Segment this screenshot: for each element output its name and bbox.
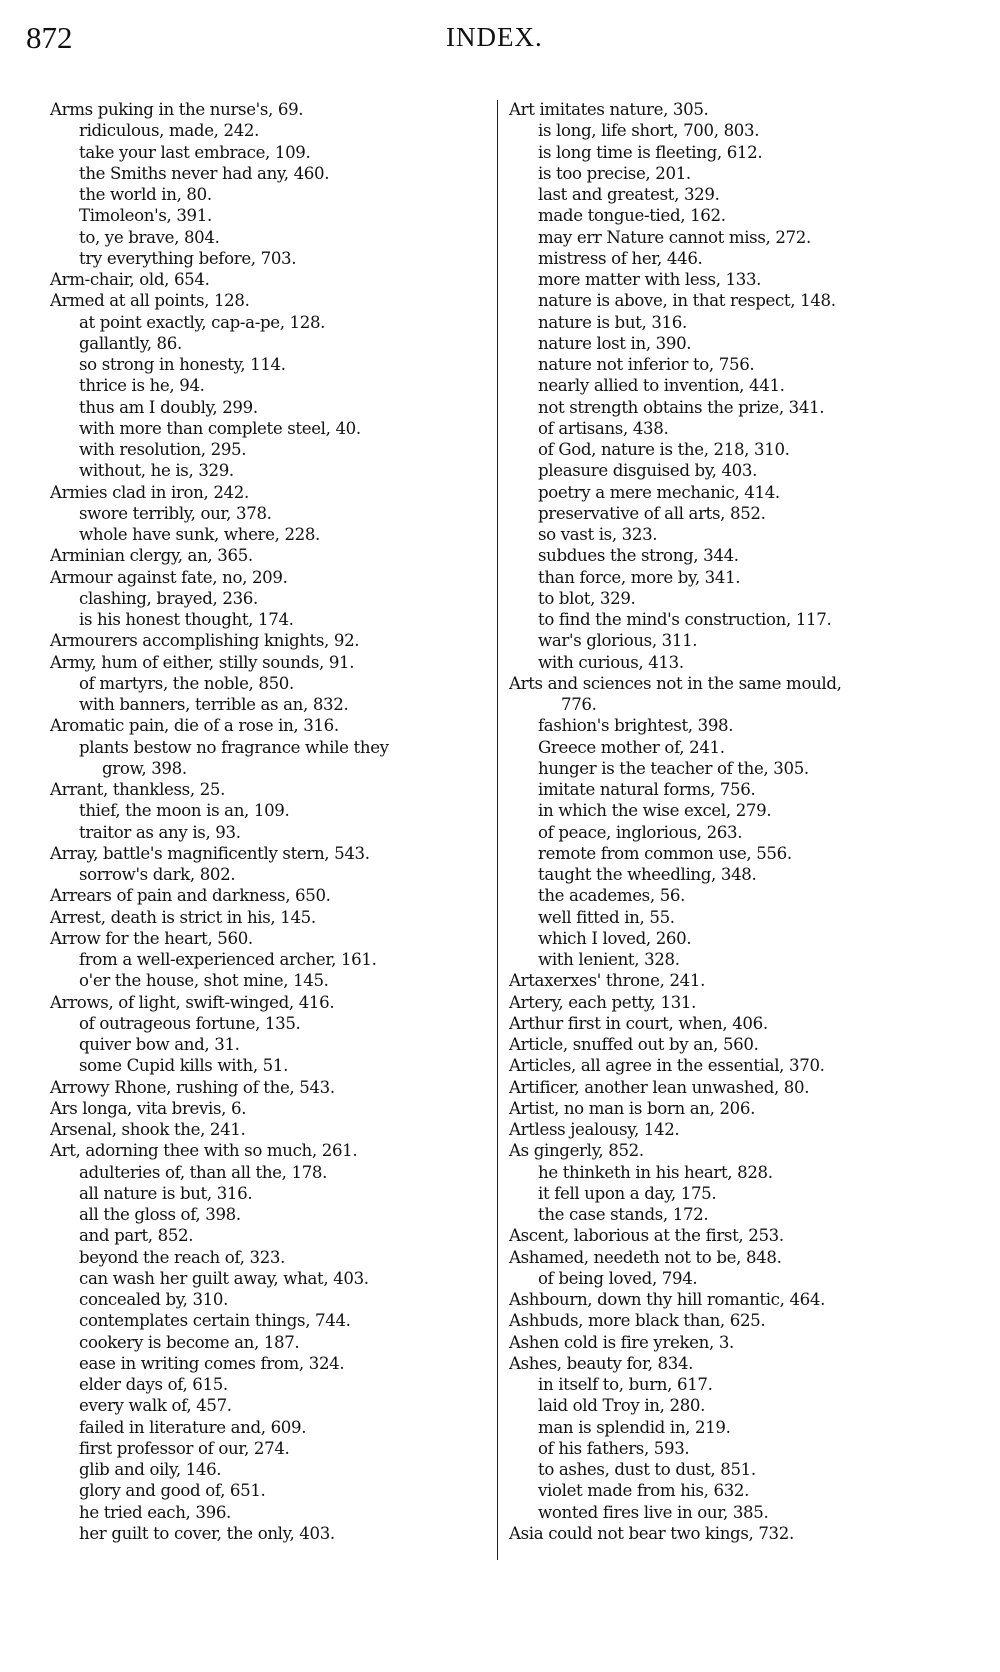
index-subentry: is long, life short, 700, 803. xyxy=(509,120,959,141)
index-entry: Ascent, laborious at the first, 253. xyxy=(509,1225,959,1246)
index-entry: Art imitates nature, 305. xyxy=(509,99,959,120)
index-subentry: mistress of her, 446. xyxy=(509,248,959,269)
index-subentry: to blot, 329. xyxy=(509,588,959,609)
index-entry: Arminian clergy, an, 365. xyxy=(50,545,490,566)
index-entry: Armed at all points, 128. xyxy=(50,290,490,311)
index-subentry: glory and good of, 651. xyxy=(50,1480,490,1501)
index-subentry: laid old Troy in, 280. xyxy=(509,1395,959,1416)
index-entry: Arrowy Rhone, rushing of the, 543. xyxy=(50,1077,490,1098)
index-entry: Ashen cold is fire yreken, 3. xyxy=(509,1332,959,1353)
index-entry: Ars longa, vita brevis, 6. xyxy=(50,1098,490,1119)
index-subentry: is too precise, 201. xyxy=(509,163,959,184)
index-subentry: thus am I doubly, 299. xyxy=(50,397,490,418)
index-subentry: with banners, terrible as an, 832. xyxy=(50,694,490,715)
index-subentry: can wash her guilt away, what, 403. xyxy=(50,1268,490,1289)
index-subentry: ease in writing comes from, 324. xyxy=(50,1353,490,1374)
index-subentry: with resolution, 295. xyxy=(50,439,490,460)
index-subentry: pleasure disguised by, 403. xyxy=(509,460,959,481)
index-subentry: last and greatest, 329. xyxy=(509,184,959,205)
index-subentry: from a well-experienced archer, 161. xyxy=(50,949,490,970)
index-entry: Arm-chair, old, 654. xyxy=(50,269,490,290)
index-subentry: nature is above, in that respect, 148. xyxy=(509,290,959,311)
index-subentry: ridiculous, made, 242. xyxy=(50,120,490,141)
index-entry: Ashes, beauty for, 834. xyxy=(509,1353,959,1374)
index-subentry: grow, 398. xyxy=(50,758,490,779)
index-subentry: whole have sunk, where, 228. xyxy=(50,524,490,545)
index-subentry: so vast is, 323. xyxy=(509,524,959,545)
index-subentry: of God, nature is the, 218, 310. xyxy=(509,439,959,460)
index-subentry: sorrow's dark, 802. xyxy=(50,864,490,885)
index-entry: Armour against fate, no, 209. xyxy=(50,567,490,588)
index-entry: Ashamed, needeth not to be, 848. xyxy=(509,1247,959,1268)
index-entry: Arsenal, shook the, 241. xyxy=(50,1119,490,1140)
index-entry: Ashbuds, more black than, 625. xyxy=(509,1310,959,1331)
index-subentry: wonted fires live in our, 385. xyxy=(509,1502,959,1523)
index-entry: Arrant, thankless, 25. xyxy=(50,779,490,800)
index-entry: Articles, all agree in the essential, 37… xyxy=(509,1055,959,1076)
index-subentry: of artisans, 438. xyxy=(509,418,959,439)
index-subentry: her guilt to cover, the only, 403. xyxy=(50,1523,490,1544)
index-subentry: fashion's brightest, 398. xyxy=(509,715,959,736)
index-subentry: all the gloss of, 398. xyxy=(50,1204,490,1225)
index-subentry: which I loved, 260. xyxy=(509,928,959,949)
index-subentry: every walk of, 457. xyxy=(50,1395,490,1416)
index-subentry: the world in, 80. xyxy=(50,184,490,205)
index-subentry: of peace, inglorious, 263. xyxy=(509,822,959,843)
index-subentry: 776. xyxy=(509,694,959,715)
index-subentry: in which the wise excel, 279. xyxy=(509,800,959,821)
index-subentry: plants bestow no fragrance while they xyxy=(50,737,490,758)
index-subentry: war's glorious, 311. xyxy=(509,630,959,651)
index-subentry: so strong in honesty, 114. xyxy=(50,354,490,375)
index-subentry: to, ye brave, 804. xyxy=(50,227,490,248)
index-entry: Artist, no man is born an, 206. xyxy=(509,1098,959,1119)
index-subentry: at point exactly, cap-a-pe, 128. xyxy=(50,312,490,333)
index-subentry: gallantly, 86. xyxy=(50,333,490,354)
index-entry: Art, adorning thee with so much, 261. xyxy=(50,1140,490,1161)
index-column-left: Arms puking in the nurse's, 69.ridiculou… xyxy=(50,99,490,1544)
index-subentry: nature is but, 316. xyxy=(509,312,959,333)
index-subentry: with curious, 413. xyxy=(509,652,959,673)
page-number: 872 xyxy=(26,20,73,56)
index-subentry: not strength obtains the prize, 341. xyxy=(509,397,959,418)
index-subentry: cookery is become an, 187. xyxy=(50,1332,490,1353)
index-subentry: without, he is, 329. xyxy=(50,460,490,481)
index-subentry: first professor of our, 274. xyxy=(50,1438,490,1459)
index-subentry: of his fathers, 593. xyxy=(509,1438,959,1459)
index-subentry: elder days of, 615. xyxy=(50,1374,490,1395)
index-subentry: in itself to, burn, 617. xyxy=(509,1374,959,1395)
index-entry: Artificer, another lean unwashed, 80. xyxy=(509,1077,959,1098)
index-entry: Arrows, of light, swift-winged, 416. xyxy=(50,992,490,1013)
index-entry: Arrest, death is strict in his, 145. xyxy=(50,907,490,928)
index-entry: Arms puking in the nurse's, 69. xyxy=(50,99,490,120)
index-subentry: thrice is he, 94. xyxy=(50,375,490,396)
index-subentry: nature not inferior to, 756. xyxy=(509,354,959,375)
index-subentry: Timoleon's, 391. xyxy=(50,205,490,226)
index-subentry: of martyrs, the noble, 850. xyxy=(50,673,490,694)
index-entry: Ashbourn, down thy hill romantic, 464. xyxy=(509,1289,959,1310)
index-subentry: it fell upon a day, 175. xyxy=(509,1183,959,1204)
index-subentry: he thinketh in his heart, 828. xyxy=(509,1162,959,1183)
index-entry: As gingerly, 852. xyxy=(509,1140,959,1161)
index-subentry: the academes, 56. xyxy=(509,885,959,906)
index-subentry: poetry a mere mechanic, 414. xyxy=(509,482,959,503)
index-entry: Armies clad in iron, 242. xyxy=(50,482,490,503)
index-subentry: preservative of all arts, 852. xyxy=(509,503,959,524)
index-subentry: is long time is fleeting, 612. xyxy=(509,142,959,163)
index-subentry: violet made from his, 632. xyxy=(509,1480,959,1501)
index-entry: Article, snuffed out by an, 560. xyxy=(509,1034,959,1055)
index-entry: Arthur first in court, when, 406. xyxy=(509,1013,959,1034)
index-subentry: and part, 852. xyxy=(50,1225,490,1246)
index-subentry: quiver bow and, 31. xyxy=(50,1034,490,1055)
index-subentry: the Smiths never had any, 460. xyxy=(50,163,490,184)
index-entry: Asia could not bear two kings, 732. xyxy=(509,1523,959,1544)
page-title: INDEX. xyxy=(446,22,543,53)
index-subentry: take your last embrace, 109. xyxy=(50,142,490,163)
index-subentry: made tongue-tied, 162. xyxy=(509,205,959,226)
index-subentry: the case stands, 172. xyxy=(509,1204,959,1225)
index-subentry: imitate natural forms, 756. xyxy=(509,779,959,800)
index-subentry: concealed by, 310. xyxy=(50,1289,490,1310)
index-entry: Aromatic pain, die of a rose in, 316. xyxy=(50,715,490,736)
index-entry: Artless jealousy, 142. xyxy=(509,1119,959,1140)
index-subentry: swore terribly, our, 378. xyxy=(50,503,490,524)
index-column-right: Art imitates nature, 305.is long, life s… xyxy=(509,99,959,1544)
index-subentry: more matter with less, 133. xyxy=(509,269,959,290)
index-subentry: beyond the reach of, 323. xyxy=(50,1247,490,1268)
index-subentry: to find the mind's construction, 117. xyxy=(509,609,959,630)
index-subentry: may err Nature cannot miss, 272. xyxy=(509,227,959,248)
index-subentry: thief, the moon is an, 109. xyxy=(50,800,490,821)
index-subentry: hunger is the teacher of the, 305. xyxy=(509,758,959,779)
index-subentry: nature lost in, 390. xyxy=(509,333,959,354)
index-subentry: man is splendid in, 219. xyxy=(509,1417,959,1438)
index-entry: Artery, each petty, 131. xyxy=(509,992,959,1013)
index-entry: Arrow for the heart, 560. xyxy=(50,928,490,949)
index-subentry: contemplates certain things, 744. xyxy=(50,1310,490,1331)
index-subentry: o'er the house, shot mine, 145. xyxy=(50,970,490,991)
index-subentry: to ashes, dust to dust, 851. xyxy=(509,1459,959,1480)
index-subentry: of being loved, 794. xyxy=(509,1268,959,1289)
index-subentry: clashing, brayed, 236. xyxy=(50,588,490,609)
index-subentry: try everything before, 703. xyxy=(50,248,490,269)
index-subentry: taught the wheedling, 348. xyxy=(509,864,959,885)
index-subentry: than force, more by, 341. xyxy=(509,567,959,588)
index-subentry: failed in literature and, 609. xyxy=(50,1417,490,1438)
index-subentry: of outrageous fortune, 135. xyxy=(50,1013,490,1034)
index-subentry: he tried each, 396. xyxy=(50,1502,490,1523)
index-subentry: with more than complete steel, 40. xyxy=(50,418,490,439)
index-entry: Array, battle's magnificently stern, 543… xyxy=(50,843,490,864)
index-subentry: glib and oily, 146. xyxy=(50,1459,490,1480)
index-subentry: subdues the strong, 344. xyxy=(509,545,959,566)
index-subentry: adulteries of, than all the, 178. xyxy=(50,1162,490,1183)
index-subentry: Greece mother of, 241. xyxy=(509,737,959,758)
index-entry: Army, hum of either, stilly sounds, 91. xyxy=(50,652,490,673)
index-entry: Armourers accomplishing knights, 92. xyxy=(50,630,490,651)
index-subentry: well fitted in, 55. xyxy=(509,907,959,928)
index-entry: Arts and sciences not in the same mould, xyxy=(509,673,959,694)
index-entry: Arrears of pain and darkness, 650. xyxy=(50,885,490,906)
index-subentry: some Cupid kills with, 51. xyxy=(50,1055,490,1076)
column-divider xyxy=(497,100,498,1560)
index-subentry: is his honest thought, 174. xyxy=(50,609,490,630)
index-subentry: with lenient, 328. xyxy=(509,949,959,970)
index-subentry: nearly allied to invention, 441. xyxy=(509,375,959,396)
index-entry: Artaxerxes' throne, 241. xyxy=(509,970,959,991)
index-subentry: all nature is but, 316. xyxy=(50,1183,490,1204)
index-subentry: remote from common use, 556. xyxy=(509,843,959,864)
index-subentry: traitor as any is, 93. xyxy=(50,822,490,843)
